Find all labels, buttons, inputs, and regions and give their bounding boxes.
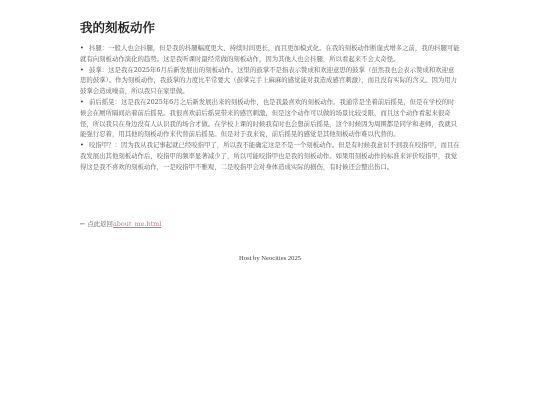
page-title: 我的刻板动作 — [80, 18, 155, 36]
list-item-text: 鼓掌：这是我在2025年6月后新发展出的刻板动作。这里的鼓掌不是指表示赞成和欢迎… — [80, 66, 457, 96]
footer: Host by Neocities 2025 — [0, 255, 540, 262]
bullet-icon: • — [80, 97, 89, 108]
list-item: •前后摇晃：这是我在2025年6月之后新发展出来的刻板动作，也是我最喜欢的刻板动… — [80, 97, 460, 140]
list-item: •鼓掌：这是我在2025年6月后新发展出的刻板动作。这里的鼓掌不是指表示赞成和欢… — [80, 65, 460, 97]
stim-list: •抖腿：一般人也会抖腿，但是我的抖腿幅度更大、持续时间更长，而且更加模式化。在我… — [80, 43, 460, 173]
bullet-icon: • — [80, 43, 89, 54]
list-item: •抖腿：一般人也会抖腿，但是我的抖腿幅度更大、持续时间更长，而且更加模式化。在我… — [80, 43, 460, 65]
bullet-icon: • — [80, 65, 89, 76]
back-link-prefix: ← 点此返回 — [80, 220, 113, 228]
back-link-row: ← 点此返回about_me.html — [80, 219, 161, 228]
list-item: •咬指甲？：因为我从我记事起就已经咬指甲了，所以我不能确定这是不是一个刻板动作。… — [80, 140, 460, 172]
about-me-link[interactable]: about_me.html — [113, 220, 161, 228]
list-item-text: 抖腿：一般人也会抖腿，但是我的抖腿幅度更大、持续时间更长，而且更加模式化。在我的… — [80, 44, 460, 63]
bullet-icon: • — [80, 140, 89, 151]
list-item-text: 咬指甲？：因为我从我记事起就已经咬指甲了，所以我不能确定这是不是一个刻板动作。但… — [80, 141, 460, 171]
list-item-text: 前后摇晃：这是我在2025年6月之后新发展出来的刻板动作，也是我最喜欢的刻板动作… — [80, 98, 457, 138]
